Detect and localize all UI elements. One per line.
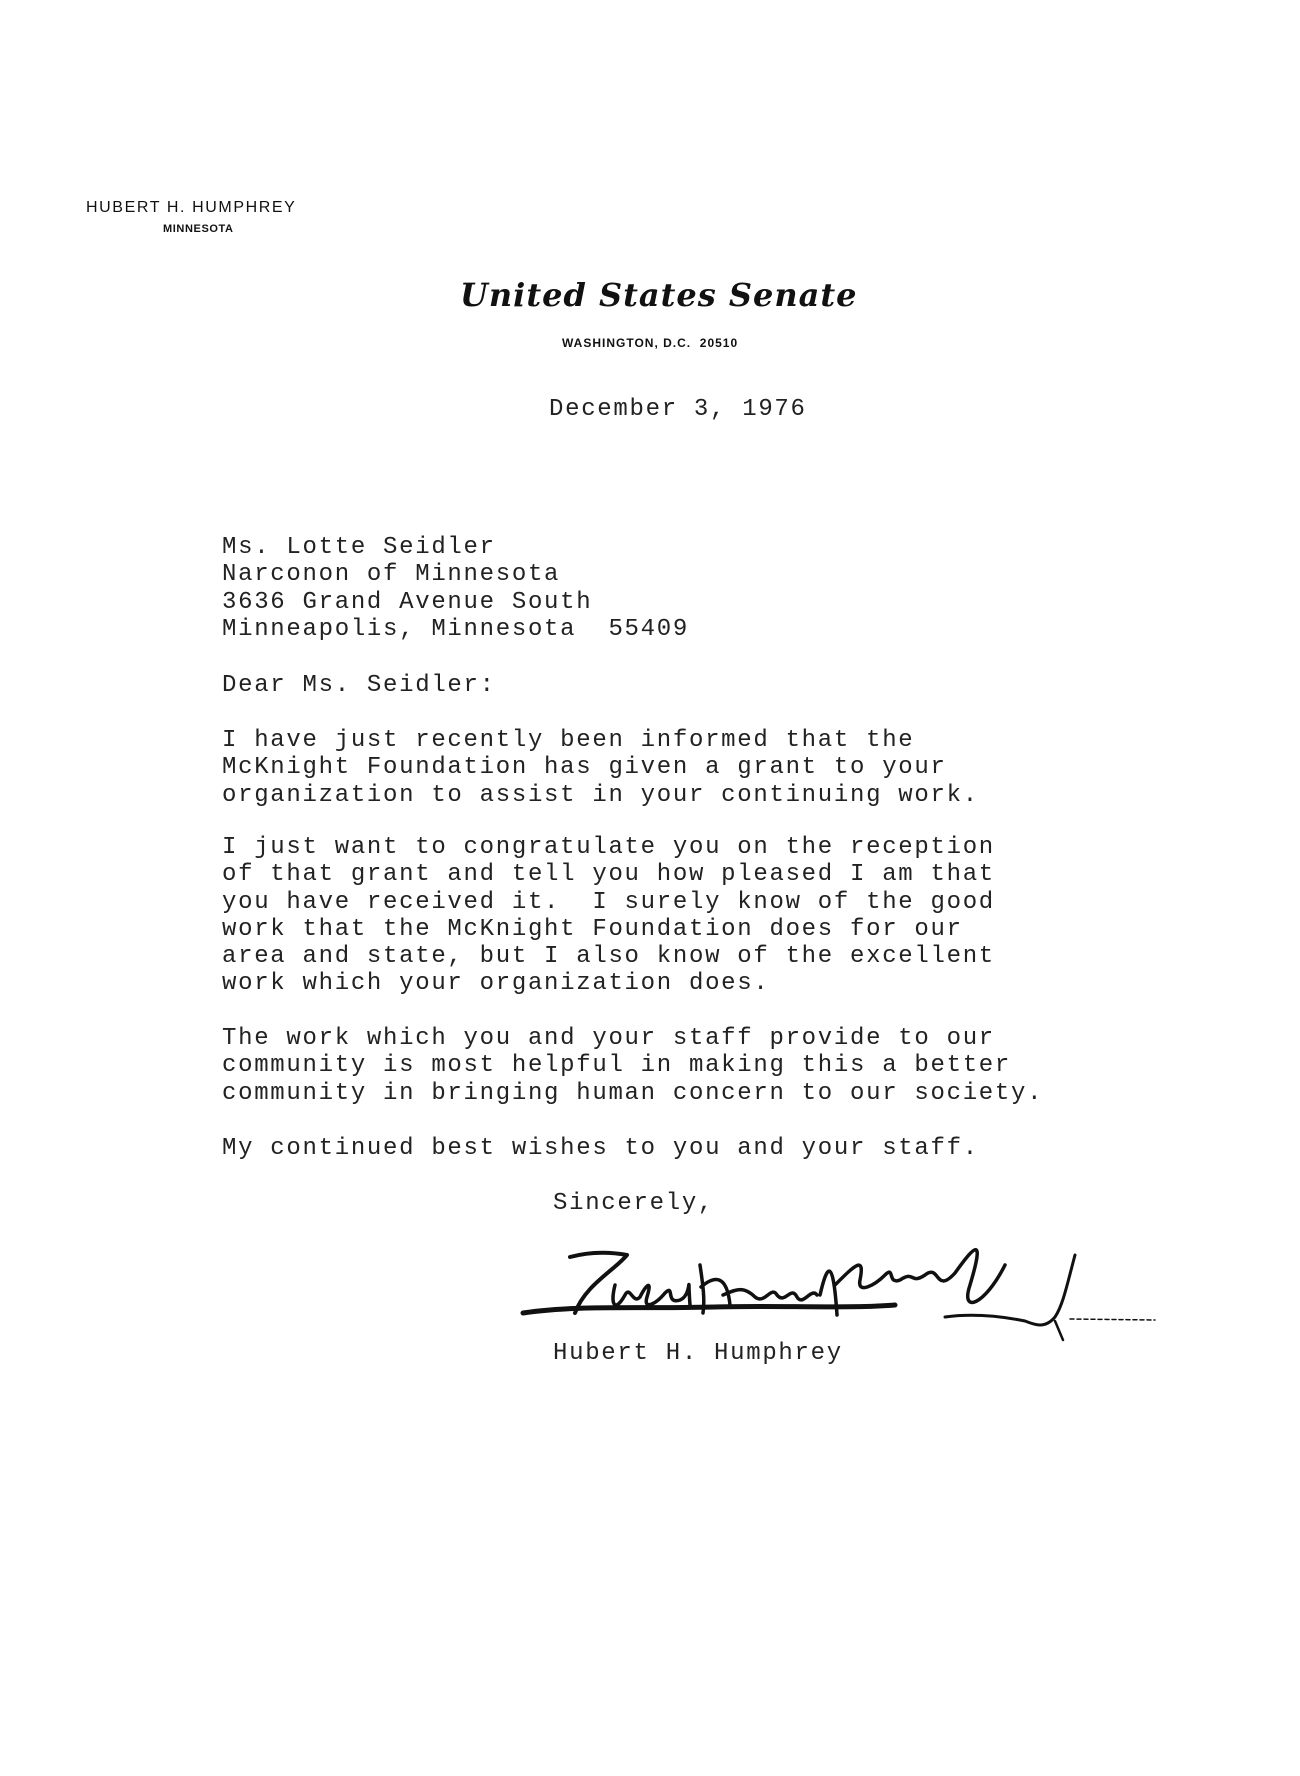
address-line: Minneapolis, Minnesota 55409 xyxy=(222,616,689,643)
letterhead-sender-name: HUBERT H. HUMPHREY xyxy=(86,199,296,217)
body-line: My continued best wishes to you and your… xyxy=(222,1135,979,1162)
closing: Sincerely, xyxy=(553,1190,714,1217)
paragraph-3: The work which you and your staff provid… xyxy=(222,1025,1043,1107)
typed-name: Hubert H. Humphrey xyxy=(553,1340,843,1367)
body-line: community is most helpful in making this… xyxy=(222,1052,1043,1079)
paragraph-2: I just want to congratulate you on the r… xyxy=(222,834,995,998)
letter-date: December 3, 1976 xyxy=(549,396,807,423)
recipient-address: Ms. Lotte Seidler Narconon of Minnesota … xyxy=(222,534,689,643)
body-line: I just want to congratulate you on the r… xyxy=(222,834,995,861)
signature-icon xyxy=(515,1225,1165,1345)
letterhead-sender-state: MINNESOTA xyxy=(163,223,234,235)
address-line: Ms. Lotte Seidler xyxy=(222,534,689,561)
body-line: work that the McKnight Foundation does f… xyxy=(222,916,995,943)
body-line: you have received it. I surely know of t… xyxy=(222,889,995,916)
body-line: organization to assist in your continuin… xyxy=(222,782,979,809)
body-line: The work which you and your staff provid… xyxy=(222,1025,1043,1052)
body-line: community in bringing human concern to o… xyxy=(222,1080,1043,1107)
address-line: Narconon of Minnesota xyxy=(222,561,689,588)
body-line: area and state, but I also know of the e… xyxy=(222,943,995,970)
body-line: of that grant and tell you how pleased I… xyxy=(222,861,995,888)
salutation: Dear Ms. Seidler: xyxy=(222,672,496,699)
paragraph-1: I have just recently been informed that … xyxy=(222,727,979,809)
paragraph-4: My continued best wishes to you and your… xyxy=(222,1135,979,1162)
letterhead-location: WASHINGTON, D.C. 20510 xyxy=(562,336,738,350)
body-line: I have just recently been informed that … xyxy=(222,727,979,754)
letterhead-institution: United States Senate xyxy=(460,276,858,314)
address-line: 3636 Grand Avenue South xyxy=(222,589,689,616)
body-line: McKnight Foundation has given a grant to… xyxy=(222,754,979,781)
body-line: work which your organization does. xyxy=(222,970,995,997)
salutation-text: Dear Ms. Seidler: xyxy=(222,672,496,699)
